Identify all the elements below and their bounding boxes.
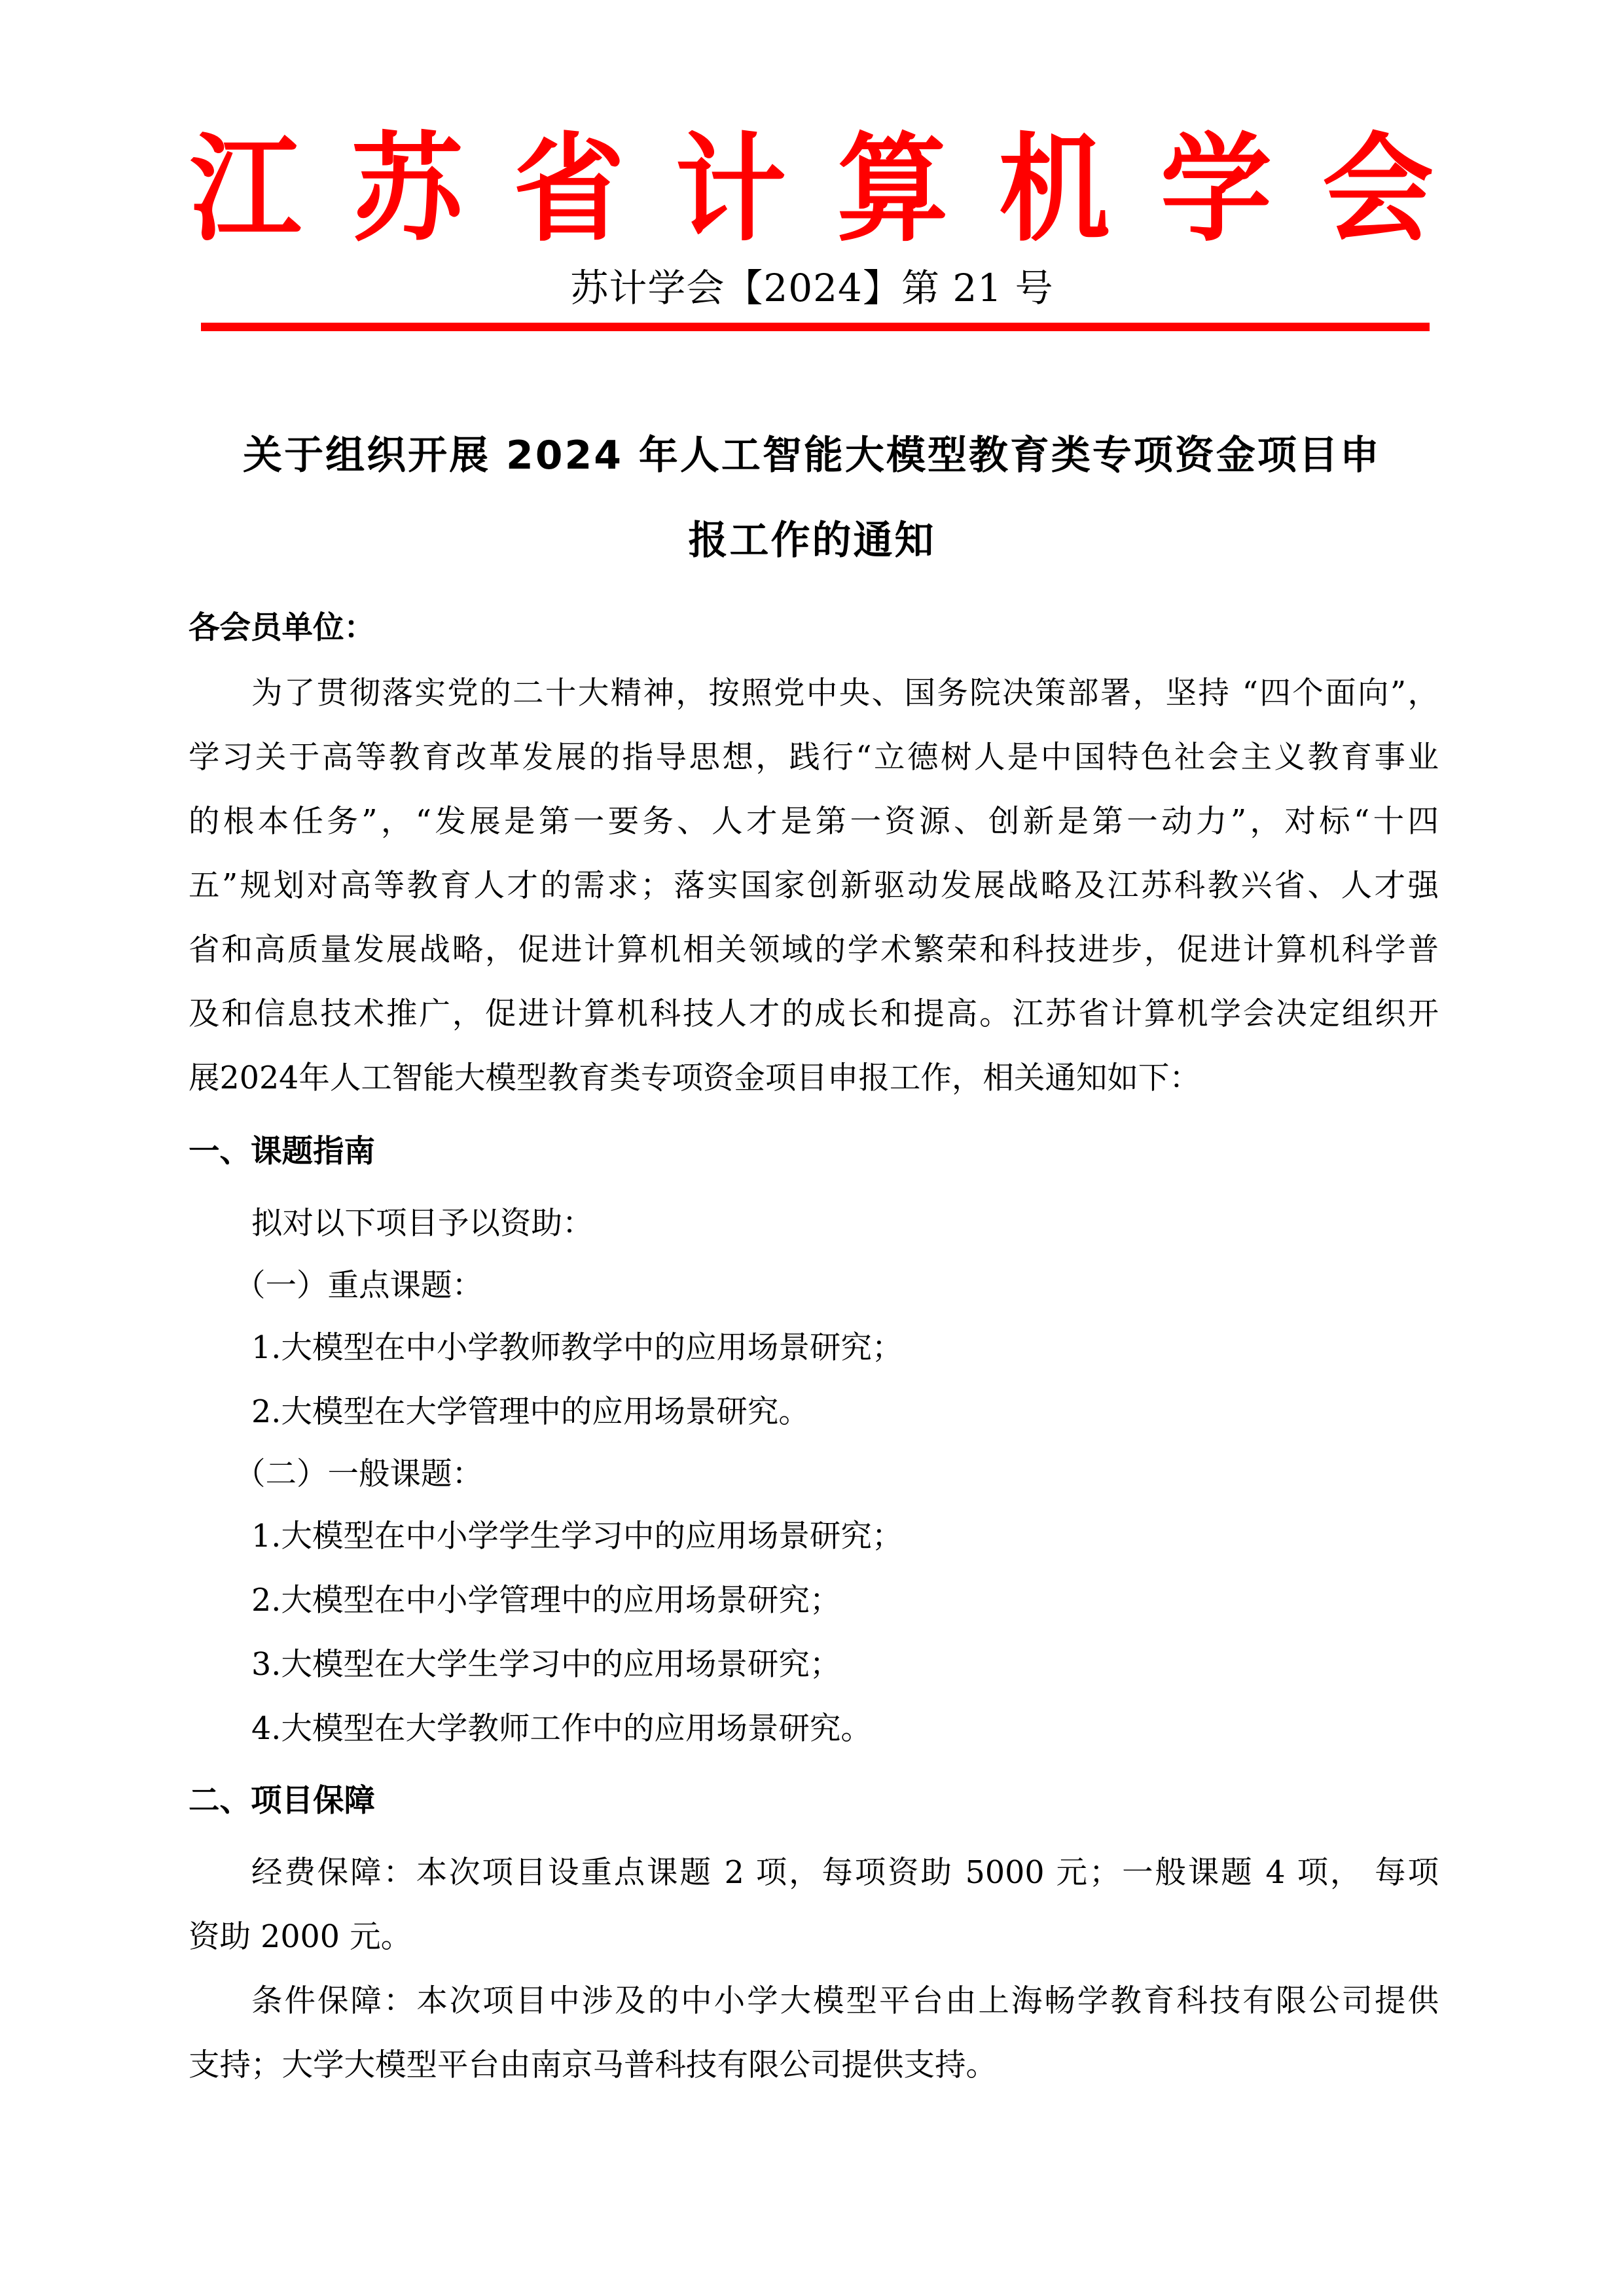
funding-support-line: 经费保障：本次项目设重点课题 2 项，每项资助 5000 元；一般课题 4 项，… (189, 1854, 1439, 1893)
funding-support-line: 资助 2000 元。 (189, 1918, 1439, 1957)
notice-title-line-2: 报工作的通知 (0, 517, 1624, 564)
intro-line: 展2024年人工智能大模型教育类专项资金项目申报工作，相关通知如下： (189, 1059, 1439, 1098)
general-topic-item: 4.大模型在大学教师工作中的应用场景研究。 (189, 1710, 1439, 1749)
intro-line: 为了贯彻落实党的二十大精神，按照党中央、国务院决策部署，坚持 “四个面向”， (189, 674, 1439, 713)
letterhead-char: 江 (190, 121, 301, 259)
letterhead-char: 计 (675, 121, 786, 259)
salutation: 各会员单位： (189, 609, 1439, 648)
intro-line: 及和信息技术推广，促进计算机科技人才的成长和提高。江苏省计算机学会决定组织开 (189, 995, 1439, 1034)
letterhead-char: 会 (1322, 121, 1434, 259)
key-topics-label: （一）重点课题： (189, 1266, 1439, 1306)
intro-line: 省和高质量发展战略，促进计算机相关领域的学术繁荣和科技进步，促进计算机科学普 (189, 931, 1439, 970)
letterhead-char: 省 (513, 121, 624, 259)
general-topic-item: 3.大模型在大学生学习中的应用场景研究； (189, 1645, 1439, 1685)
general-topics-label: （二）一般课题： (189, 1455, 1439, 1494)
letterhead-divider (201, 323, 1430, 331)
organization-letterhead: 江 苏 省 计 算 机 学 会 (190, 124, 1434, 255)
letterhead-char: 学 (1161, 121, 1272, 259)
key-topic-item: 1.大模型在中小学教师教学中的应用场景研究； (189, 1329, 1439, 1368)
conditions-support-line: 支持；大学大模型平台由南京马普科技有限公司提供支持。 (189, 2046, 1439, 2085)
letterhead-char: 算 (837, 121, 948, 259)
general-topic-item: 1.大模型在中小学学生学习中的应用场景研究； (189, 1517, 1439, 1556)
general-topic-item: 2.大模型在中小学管理中的应用场景研究； (189, 1581, 1439, 1621)
conditions-support-line: 条件保障：本次项目中涉及的中小学大模型平台由上海畅学教育科技有限公司提供 (189, 1982, 1439, 2021)
letterhead-char: 机 (999, 121, 1110, 259)
intro-line: 五”规划对高等教育人才的需求；落实国家创新驱动发展战略及江苏科教兴省、人才强 (189, 867, 1439, 906)
key-topic-item: 2.大模型在大学管理中的应用场景研究。 (189, 1393, 1439, 1432)
intro-line: 学习关于高等教育改革发展的指导思想，践行“立德树人是中国特色社会主义教育事业 (189, 738, 1439, 778)
section-heading-topic-guide: 一、课题指南 (189, 1132, 1439, 1172)
section-heading-project-support: 二、项目保障 (189, 1782, 1439, 1821)
notice-title-line-1: 关于组织开展 2024 年人工智能大模型教育类专项资金项目申 (0, 432, 1624, 479)
intro-line: 的根本任务”，“发展是第一要务、人才是第一资源、创新是第一动力”，对标“十四 (189, 802, 1439, 842)
document-number: 苏计学会【2024】第 21 号 (0, 265, 1624, 311)
document-page: 江 苏 省 计 算 机 学 会 苏计学会【2024】第 21 号 关于组织开展 … (0, 0, 1624, 2296)
topic-guide-lead: 拟对以下项目予以资助： (189, 1204, 1439, 1244)
letterhead-char: 苏 (352, 121, 463, 259)
